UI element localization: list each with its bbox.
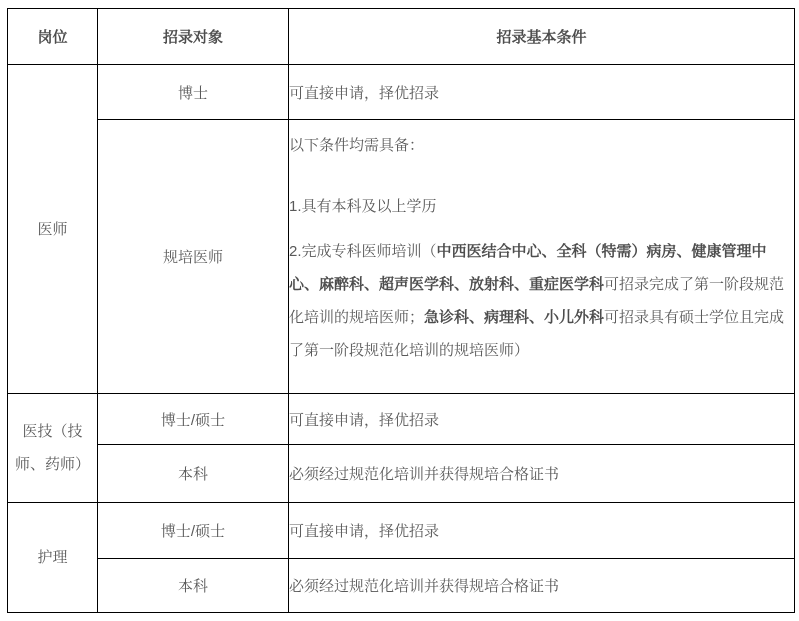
cell-condition-phd: 可直接申请，择优招录 — [289, 65, 795, 120]
trainee-condition-intro: 以下条件均需具备： — [289, 129, 794, 162]
table-header-row: 岗位 招录对象 招录基本条件 — [8, 9, 795, 65]
row-physician-phd: 医师 博士 可直接申请，择优招录 — [8, 65, 795, 120]
cell-target-nursing-bachelor: 本科 — [98, 559, 289, 613]
item2-departments-master: 急诊科、病理科、小儿外科 — [424, 309, 604, 326]
row-physician-trainee: 规培医师 以下条件均需具备： 1.具有本科及以上学历 2.完成专科医师培训（中西… — [8, 120, 795, 394]
cell-target-trainee: 规培医师 — [98, 120, 289, 394]
cell-condition-nursing-bachelor: 必须经过规范化培训并获得规培合格证书 — [289, 559, 795, 613]
trainee-condition-item2: 2.完成专科医师培训（中西医结合中心、全科（特需）病房、健康管理中心、麻醉科、超… — [289, 235, 794, 367]
recruitment-table: 岗位 招录对象 招录基本条件 医师 博士 可直接申请，择优招录 规培医师 以下条… — [7, 8, 795, 613]
item2-seg1: 2.完成专科医师培训（ — [289, 243, 437, 260]
page: 岗位 招录对象 招录基本条件 医师 博士 可直接申请，择优招录 规培医师 以下条… — [0, 0, 799, 621]
cell-position-medtech: 医技（技师、药师） — [8, 394, 98, 503]
row-medtech-bachelor: 本科 必须经过规范化培训并获得规培合格证书 — [8, 445, 795, 503]
cell-condition-nursing-phd: 可直接申请，择优招录 — [289, 503, 795, 559]
row-nursing-phd-master: 护理 博士/硕士 可直接申请，择优招录 — [8, 503, 795, 559]
cell-target-medtech-bachelor: 本科 — [98, 445, 289, 503]
header-position: 岗位 — [8, 9, 98, 65]
cell-target-medtech-phd: 博士/硕士 — [98, 394, 289, 445]
header-target: 招录对象 — [98, 9, 289, 65]
cell-condition-medtech-bachelor: 必须经过规范化培训并获得规培合格证书 — [289, 445, 795, 503]
cell-position-physician: 医师 — [8, 65, 98, 394]
cell-position-nursing: 护理 — [8, 503, 98, 613]
cell-target-nursing-phd: 博士/硕士 — [98, 503, 289, 559]
cell-target-phd: 博士 — [98, 65, 289, 120]
cell-condition-trainee: 以下条件均需具备： 1.具有本科及以上学历 2.完成专科医师培训（中西医结合中心… — [289, 120, 795, 394]
header-condition: 招录基本条件 — [289, 9, 795, 65]
row-nursing-bachelor: 本科 必须经过规范化培训并获得规培合格证书 — [8, 559, 795, 613]
trainee-condition-item1: 1.具有本科及以上学历 — [289, 190, 794, 223]
cell-condition-medtech-phd: 可直接申请，择优招录 — [289, 394, 795, 445]
row-medtech-phd-master: 医技（技师、药师） 博士/硕士 可直接申请，择优招录 — [8, 394, 795, 445]
